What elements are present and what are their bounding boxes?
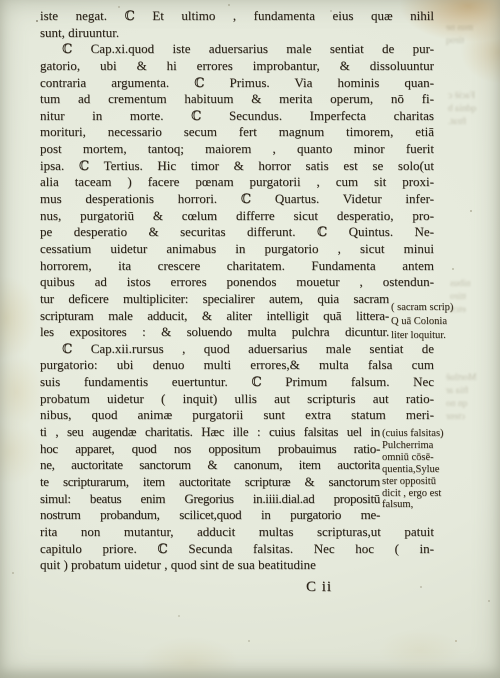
bleedthrough-line: ctenr: [446, 411, 498, 424]
text-line: gatorio, ubi & hi errores improbantur, &…: [40, 58, 434, 75]
text-line: nus, purgatoriū & cœlum differre sicut d…: [40, 208, 434, 225]
margin-note-line: quentia,Sylue: [382, 464, 468, 476]
text-line: tum ad crementum habituum & merita operu…: [40, 91, 434, 108]
text-line: quibus ad istos errores ponendos mouetur…: [40, 274, 434, 291]
scanned-book-page: mus netiroq Faciē cqdnia bftrat. nibustt…: [0, 0, 500, 678]
page-paper: mus netiroq Faciē cqdnia bftrat. nibustt…: [0, 0, 500, 678]
text-line: alia taceam ) facere pœnam purgatorii , …: [40, 174, 434, 191]
text-line: les expositores : & soluendo multa pulch…: [40, 324, 434, 341]
paper-specks: [0, 0, 2, 2]
text-line: ti , seu augendæ charitatis. Hæc ille : …: [40, 424, 434, 441]
text-line: cessatium uidetur animabus in purgatorio…: [40, 241, 434, 258]
margin-note-1: ( sacram scrip)Q uā Colonialiter loquitu…: [391, 301, 467, 343]
margin-note-line: (cuius falsitas): [382, 428, 468, 440]
text-line: ipsa. ℂ Tertius. Hic timor & horror sati…: [40, 158, 434, 175]
text-line: iste negat. ℂ Et ultimo , fundamenta eiu…: [40, 8, 434, 25]
margin-note-line: falsum,: [382, 499, 468, 511]
text-line: ℂ Cap.xii.rursus , quod aduersarius male…: [40, 341, 434, 358]
text-line: suis fundamentis euertuntur. ℂ Primum fa…: [40, 374, 434, 391]
text-line: hoc apparet, quod nos oppositum probauim…: [40, 441, 434, 458]
text-line: morituri, necessario secum fert magnum t…: [40, 124, 434, 141]
text-line: tur deficere multipliciter: specialirer …: [40, 291, 434, 308]
margin-note-line: ( sacram scrip): [391, 301, 467, 315]
bleedthrough-line: ftrat.: [448, 116, 498, 129]
text-line: sunt, diruuntur.: [40, 25, 434, 42]
text-line: rita non mutantur, adducit multas script…: [40, 524, 434, 541]
margin-note-line: ster oppositū: [382, 476, 468, 488]
bleedthrough-text: Faciē cqdnia bftrat.: [448, 90, 498, 129]
margin-note-line: Pulcherrima: [382, 440, 468, 452]
text-line: mus desperationis horrori. ℂ Quartus. Vi…: [40, 191, 434, 208]
text-block: iste negat. ℂ Et ultimo , fundamenta eiu…: [40, 8, 434, 574]
text-line: ℂ Cap.xi.quod iste aduersarius male sent…: [40, 41, 434, 58]
bleedthrough-line: qn no: [446, 398, 498, 411]
text-line: simul: beatus enim Gregorius in.iiii.dia…: [40, 491, 434, 508]
margin-note-2: (cuius falsitas)Pulcherrimaomniū cōsē-qu…: [382, 428, 468, 511]
margin-note-line: dicit , ergo est: [382, 488, 468, 500]
bleedthrough-line: mus ne: [446, 22, 498, 35]
text-line: quit ) probatum uidetur , quod sint de s…: [40, 557, 434, 574]
text-line: ne, auctoritate sanctorum & canonum, ite…: [40, 457, 434, 474]
margin-note-line: omniū cōsē-: [382, 452, 468, 464]
text-line: probatum uidetur ( inquit) ullis aut scr…: [40, 391, 434, 408]
text-line: scripturam male adducit, & aliter intell…: [40, 308, 434, 325]
bleedthrough-line: ftia ar: [446, 385, 498, 398]
text-line: te scripturarum, item auctoritate script…: [40, 474, 434, 491]
text-line: pe desperatio & securitas differunt. ℂ Q…: [40, 224, 434, 241]
bleedthrough-line: nibus: [450, 278, 498, 291]
bleedthrough-text: mus netiroq: [446, 22, 498, 48]
bleedthrough-line: qdnia b: [448, 103, 498, 116]
text-line: contraria argumenta. ℂ Primus. Via homin…: [40, 75, 434, 92]
text-line: nitur in morte. ℂ Secundus. Imperfecta c…: [40, 108, 434, 125]
bleedthrough-line: Faciē c: [448, 90, 498, 103]
bleedthrough-line: tiroq: [446, 35, 498, 48]
bleedthrough-text: Mortluēftia arqn noctenr: [446, 372, 498, 424]
margin-note-line: liter loquitur.: [391, 329, 467, 343]
margin-note-line: Q uā Colonia: [391, 315, 467, 329]
text-line: purgatorio: ubi denuo multi errores,& mu…: [40, 357, 434, 374]
text-line: capitulo priore. ℂ Secunda falsitas. Nec…: [40, 541, 434, 558]
text-line: nibus, quod animæ purgatorii sunt extra …: [40, 407, 434, 424]
text-line: post mortem, tantoq; maiorem , quanto mi…: [40, 141, 434, 158]
signature-mark: C ii: [306, 579, 332, 596]
text-line: horrorem, ita crescere charitatem. Funda…: [40, 258, 434, 275]
text-line: nostrum probandum, scilicet,quod in purg…: [40, 507, 434, 524]
bleedthrough-line: Mortluē: [446, 372, 498, 385]
